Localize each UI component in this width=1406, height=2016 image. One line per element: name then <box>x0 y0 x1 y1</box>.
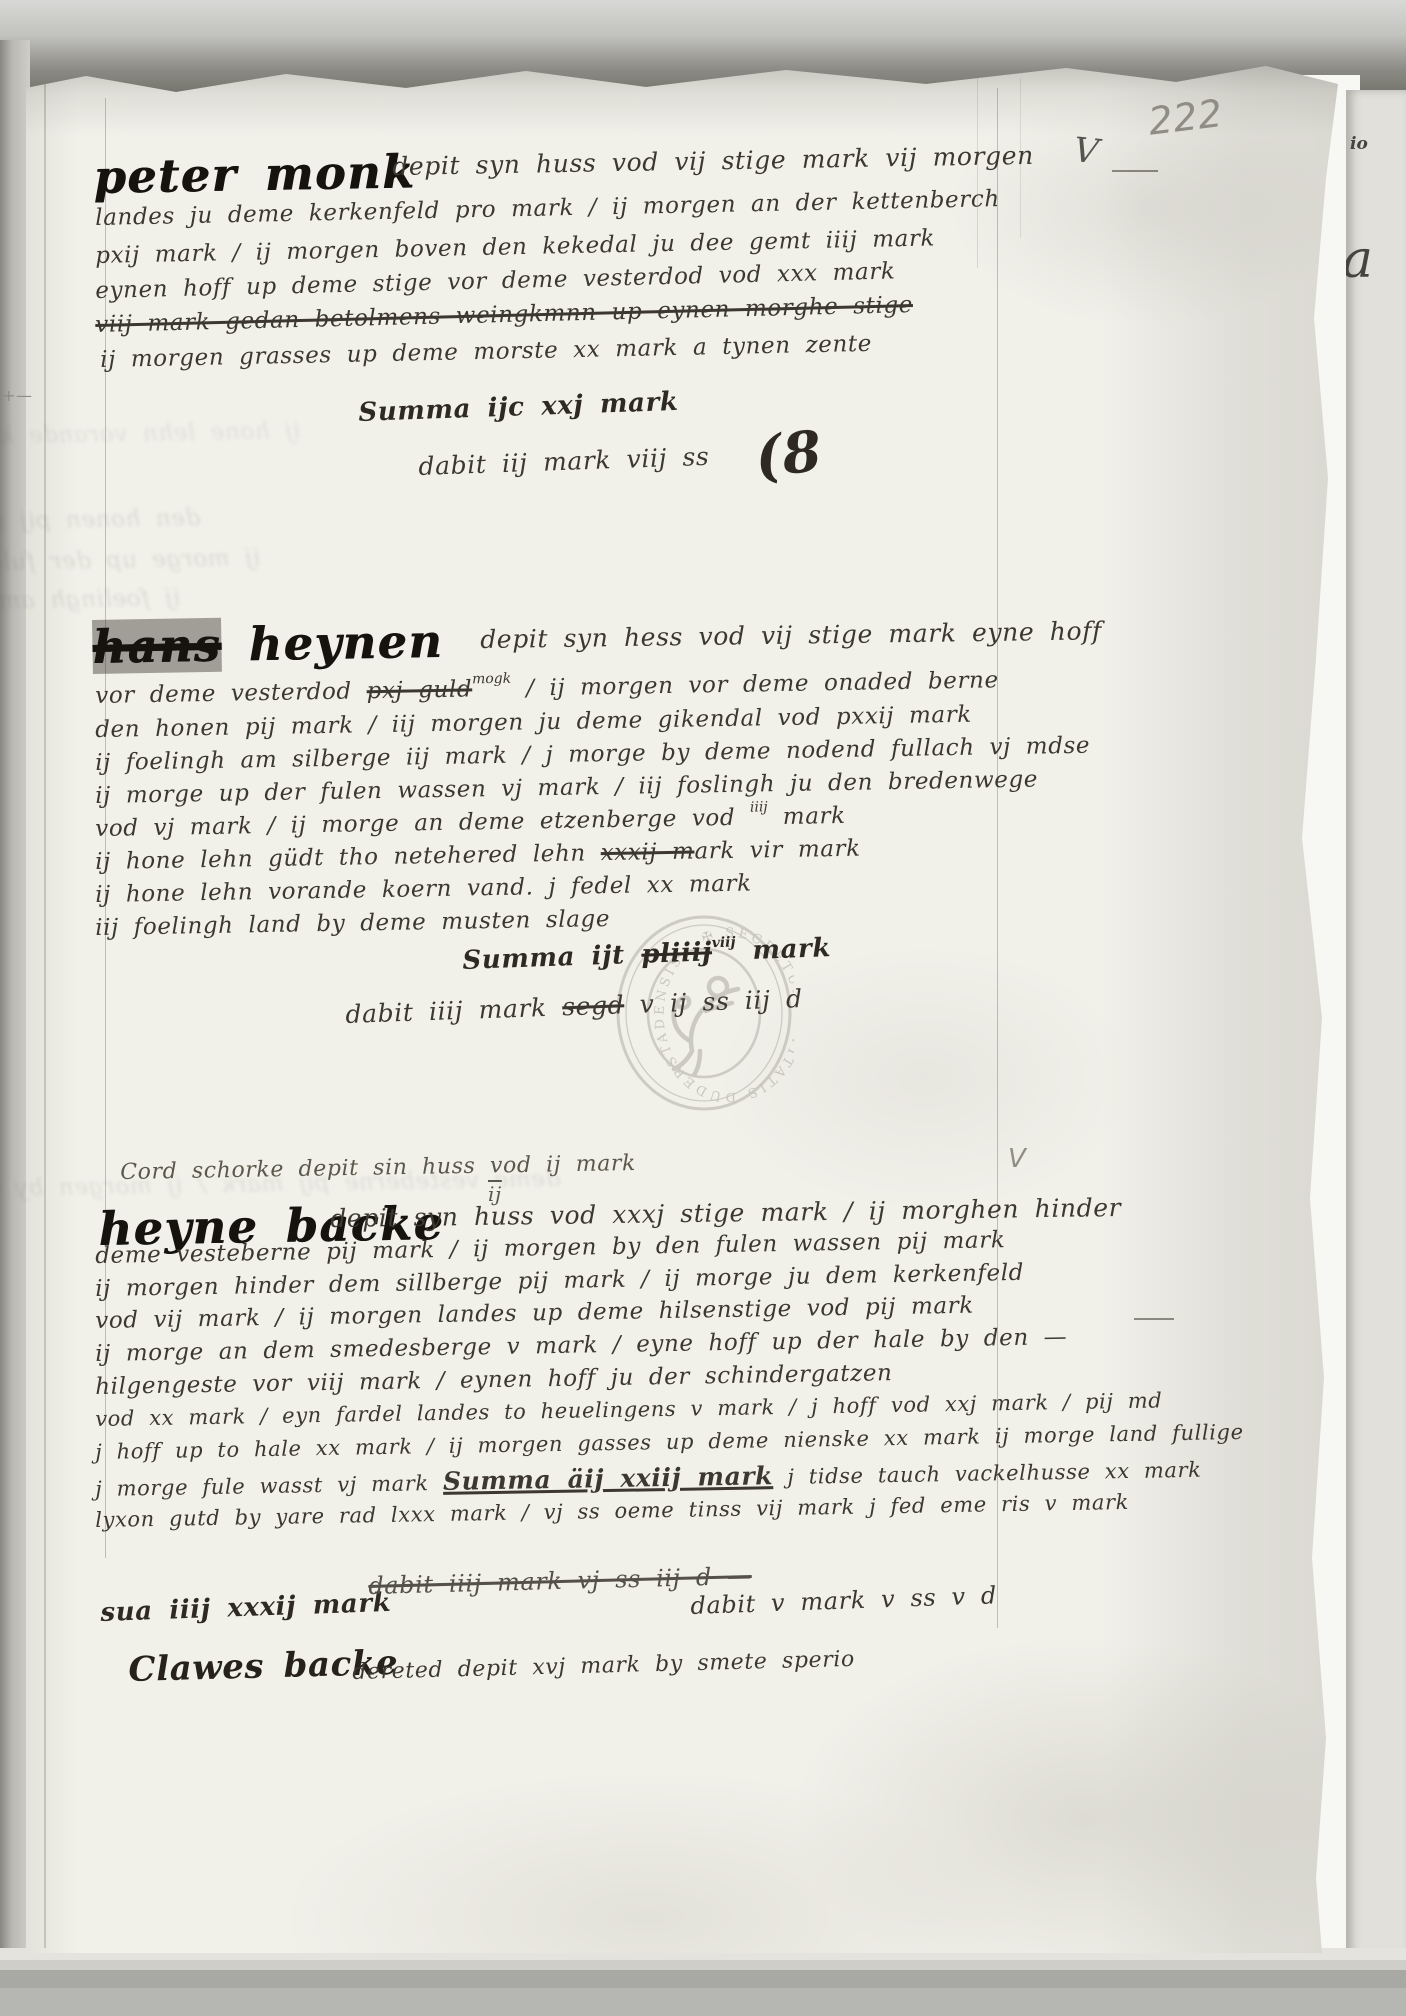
left-page-block-edge <box>0 40 30 1990</box>
entry2-summa-struck: pliiij <box>641 937 713 969</box>
next-page-fragment-text: io <box>1350 134 1368 154</box>
entry3-inline-summa: Summa äij xxiij mark <box>443 1461 774 1496</box>
margin-dash-2 <box>1134 1318 1174 1320</box>
entry2-name-kept: heynen <box>248 614 444 671</box>
entry2-l6-superscript: iiij <box>750 799 768 815</box>
entry2-dabit-struck: segd <box>562 990 625 1021</box>
entry2-name: hans heynen <box>92 614 444 674</box>
entry2-dabit-post: v ij ss iij d <box>624 984 803 1019</box>
next-page-fragment-letter: a <box>1346 230 1373 290</box>
entry2-summa-pre: Summa ijt <box>462 940 642 976</box>
entry3-l9-pre: j morge fule wasst vj mark <box>95 1471 443 1501</box>
entry2-l7-post: ark vir mark <box>694 836 861 865</box>
entry2-l7-struck: xxxij m <box>601 839 695 867</box>
pages-beneath <box>0 1948 1406 2016</box>
margin-mark: +— <box>2 386 33 405</box>
underlying-next-page: io a <box>1346 90 1406 2016</box>
left-fold-crease <box>44 68 46 1948</box>
entry1-name: peter monk <box>93 144 416 204</box>
entry2-l2-superscript: mogk <box>472 671 511 688</box>
entry2-l2-pre: vor deme vesterdod <box>95 678 367 709</box>
entry2-l6-post: mark <box>768 803 846 830</box>
folio-number: 222 <box>1146 91 1225 144</box>
check-mark-section: V <box>1008 1144 1026 1174</box>
margin-dash-1 <box>1112 170 1158 172</box>
top-crease-dash-1 <box>977 78 978 268</box>
entry2-name-struck: hans <box>92 618 222 674</box>
check-mark-top: V <box>1072 130 1101 172</box>
manuscript-photo: io a 222 V V +— ✠ SECRETUM CIVITATIS DUD… <box>0 0 1406 2016</box>
entry2-summa-superscript: viij <box>711 934 735 951</box>
entry2-l2-struck: pxj guld <box>366 676 472 704</box>
entry2-summa-post: mark <box>735 933 831 966</box>
entry1-paraph-flourish: (8 <box>752 418 825 491</box>
